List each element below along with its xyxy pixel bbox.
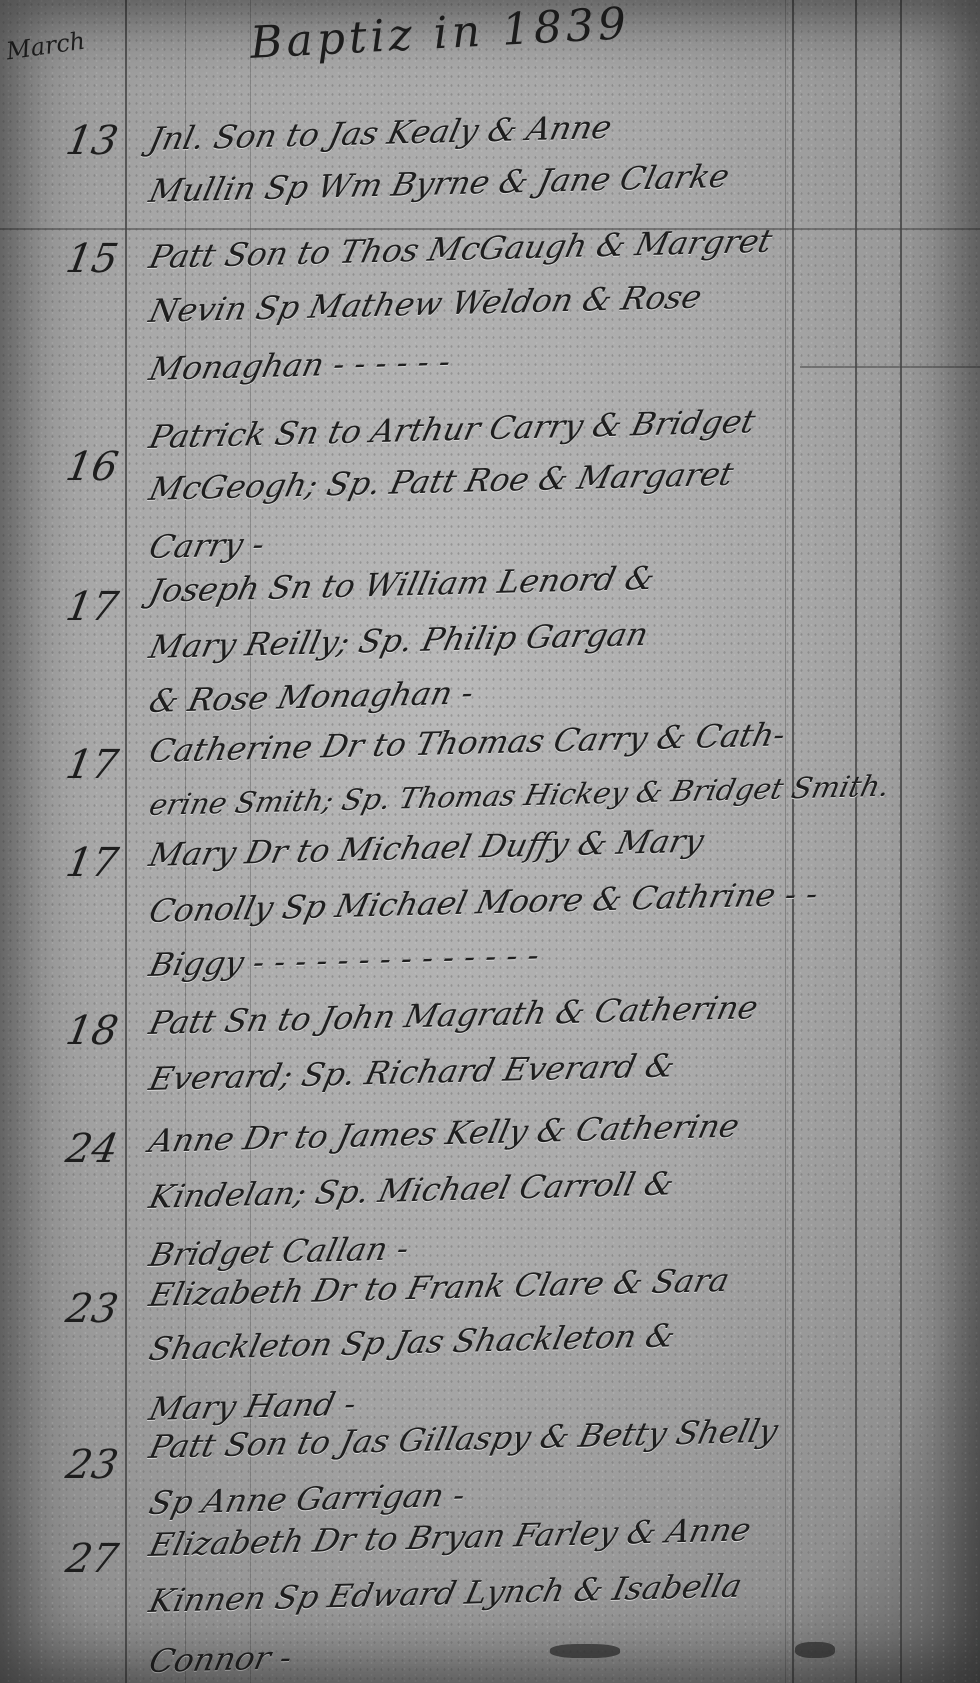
entry-day: 17 <box>58 840 126 886</box>
entry-day: 16 <box>58 444 126 490</box>
entry-day: 13 <box>58 118 126 164</box>
ink-blot <box>550 1644 620 1658</box>
entry-day: 27 <box>58 1536 126 1582</box>
entry-day: 23 <box>58 1286 126 1332</box>
page-heading: Baptiz in 1839 <box>249 0 631 69</box>
month-label: March <box>4 27 86 66</box>
entry-day: 17 <box>58 584 126 630</box>
entry-day: 18 <box>58 1008 126 1054</box>
register-page: March Baptiz in 1839 13 Jnl. Son to Jas … <box>0 0 980 1683</box>
entry-day: 24 <box>58 1126 126 1172</box>
entry-day: 17 <box>58 742 126 788</box>
ink-blot <box>795 1642 835 1658</box>
entry-day: 23 <box>58 1442 126 1488</box>
entry-day: 15 <box>58 236 126 282</box>
